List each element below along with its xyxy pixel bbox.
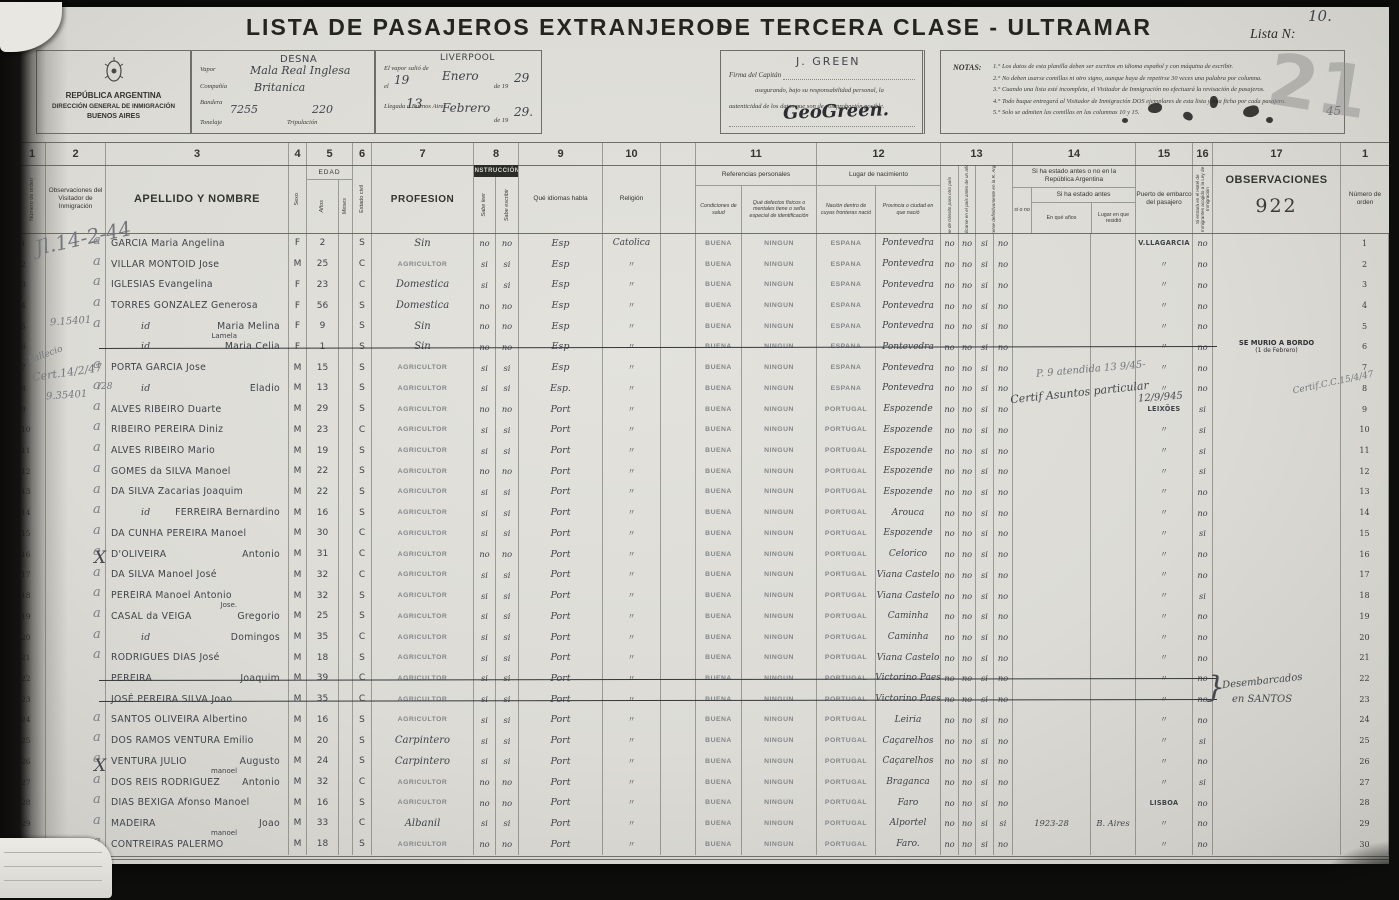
org-box: REPÚBLICA ARGENTINA DIRECCIÓN GENERAL DE… bbox=[36, 50, 191, 134]
hotel-flag: no bbox=[1193, 565, 1213, 586]
company-value: Mala Real Inglesa bbox=[250, 64, 350, 77]
blank bbox=[661, 751, 696, 772]
civil-state: S bbox=[353, 834, 372, 855]
order-edge: 29 bbox=[19, 813, 46, 834]
embark-port: 〃 bbox=[1136, 295, 1193, 316]
defects: NINGUN bbox=[742, 710, 817, 731]
order-edge: 4 bbox=[19, 295, 46, 316]
passenger-name: aMADEIRAJoao bbox=[106, 813, 289, 834]
health: BUENA bbox=[696, 440, 742, 461]
crew-value: 220 bbox=[312, 103, 333, 116]
age-years: 35 bbox=[307, 689, 339, 710]
departure-year-label: de 19 bbox=[494, 83, 508, 90]
been-place bbox=[1091, 751, 1136, 772]
order-number: 21 bbox=[1341, 647, 1389, 668]
blank bbox=[661, 233, 696, 254]
nation: PORTUGAL bbox=[817, 668, 876, 689]
civil-state: S bbox=[353, 647, 372, 668]
blank bbox=[661, 482, 696, 503]
settle-soon: no bbox=[959, 399, 976, 420]
captain-signature: GeoGreen. bbox=[783, 99, 890, 124]
header-civil: Estado civil bbox=[353, 165, 372, 233]
settle-soon: no bbox=[959, 295, 976, 316]
departure-month: Enero bbox=[442, 69, 479, 83]
civil-state: S bbox=[353, 461, 372, 482]
civil-state: S bbox=[353, 606, 372, 627]
order-edge: 8 bbox=[19, 378, 46, 399]
hotel-flag: si bbox=[1193, 419, 1213, 440]
civil-state: S bbox=[353, 316, 372, 337]
religion: 〃 bbox=[603, 337, 661, 358]
lista-number-value: 10. bbox=[1308, 7, 1332, 25]
observations bbox=[1213, 544, 1341, 565]
reads: si bbox=[474, 482, 496, 503]
religion: 〃 bbox=[603, 606, 661, 627]
health: BUENA bbox=[696, 274, 742, 295]
religion: 〃 bbox=[603, 399, 661, 420]
been-years bbox=[1013, 357, 1091, 378]
nation: PORTUGAL bbox=[817, 751, 876, 772]
religion: 〃 bbox=[603, 668, 661, 689]
been-years bbox=[1013, 461, 1091, 482]
header-order: Número de orden bbox=[1341, 165, 1389, 233]
been-place bbox=[1091, 544, 1136, 565]
departure-year: 29 bbox=[514, 71, 529, 85]
observations bbox=[1213, 585, 1341, 606]
health: BUENA bbox=[696, 419, 742, 440]
passenger-name: aVENTURA JULIOAugusto bbox=[106, 751, 289, 772]
settle-soon: no bbox=[959, 523, 976, 544]
blank bbox=[661, 274, 696, 295]
age-months bbox=[339, 254, 353, 275]
been-before: no bbox=[994, 482, 1013, 503]
transit: no bbox=[941, 689, 959, 710]
passenger-row: 24aSANTOS OLIVEIRA AlbertinoM16SAGRICULT… bbox=[19, 710, 1389, 731]
profession: AGRICULTOR bbox=[372, 585, 474, 606]
hotel-flag: si bbox=[1193, 730, 1213, 751]
nation: PORTUGAL bbox=[817, 502, 876, 523]
language: Port bbox=[519, 399, 603, 420]
been-place bbox=[1091, 730, 1136, 751]
civil-state: S bbox=[353, 730, 372, 751]
passenger-name: aRODRIGUES DIAS José bbox=[106, 647, 289, 668]
defects: NINGUN bbox=[742, 399, 817, 420]
been-before: no bbox=[994, 254, 1013, 275]
sex: M bbox=[289, 523, 307, 544]
departure-port: LIVERPOOL bbox=[440, 53, 495, 63]
observations bbox=[1213, 419, 1341, 440]
passenger-name: aGARCIA Maria Angelina bbox=[106, 233, 289, 254]
religion: 〃 bbox=[603, 647, 661, 668]
embark-port: 〃 bbox=[1136, 440, 1193, 461]
embark-port: 〃 bbox=[1136, 316, 1193, 337]
language: Port bbox=[519, 461, 603, 482]
religion: 〃 bbox=[603, 565, 661, 586]
transit: no bbox=[941, 378, 959, 399]
profession: AGRICULTOR bbox=[372, 523, 474, 544]
profession: AGRICULTOR bbox=[372, 544, 474, 565]
passenger-row: 4aTORRES GONZALEZ GenerosaF56SDomestican… bbox=[19, 295, 1389, 316]
writes: si bbox=[496, 606, 519, 627]
nation: PORTUGAL bbox=[817, 834, 876, 855]
been-years bbox=[1013, 710, 1091, 731]
blank bbox=[661, 647, 696, 668]
writes: si bbox=[496, 627, 519, 648]
transit: no bbox=[941, 523, 959, 544]
language: Esp bbox=[519, 274, 603, 295]
civil-state: S bbox=[353, 585, 372, 606]
observations bbox=[1213, 772, 1341, 793]
embark-port: 〃 bbox=[1136, 502, 1193, 523]
nation: PORTUGAL bbox=[817, 523, 876, 544]
health: BUENA bbox=[696, 606, 742, 627]
language: Esp bbox=[519, 357, 603, 378]
settle-soon: no bbox=[959, 751, 976, 772]
religion: 〃 bbox=[603, 523, 661, 544]
embark-port: 〃 bbox=[1136, 647, 1193, 668]
sex: M bbox=[289, 647, 307, 668]
nation: PORTUGAL bbox=[817, 792, 876, 813]
passenger-row: 23JOSÉ PEREIRA SILVA JoaoM35CAGRICULTORs… bbox=[19, 689, 1389, 710]
col-num: 5 bbox=[307, 143, 353, 165]
profession: AGRICULTOR bbox=[372, 606, 474, 627]
age-months bbox=[339, 378, 353, 399]
col-num: 1 bbox=[19, 143, 46, 165]
col-num: 13 bbox=[941, 143, 1013, 165]
been-place bbox=[1091, 233, 1136, 254]
passenger-name: aGOMES da SILVA Manoel bbox=[106, 461, 289, 482]
age-years: 13 bbox=[307, 378, 339, 399]
age-years: 31 bbox=[307, 544, 339, 565]
blank bbox=[661, 710, 696, 731]
age-months bbox=[339, 792, 353, 813]
rubric-mark: a bbox=[93, 772, 101, 787]
header-references: Referencias personales Condiciones de sa… bbox=[696, 165, 817, 233]
page-stamp-number: 21 bbox=[1262, 37, 1374, 136]
blank bbox=[661, 502, 696, 523]
order-edge: 15 bbox=[19, 523, 46, 544]
province: Pontevedra bbox=[876, 233, 941, 254]
order-number: 9 bbox=[1341, 399, 1389, 420]
religion: 〃 bbox=[603, 440, 661, 461]
blank bbox=[661, 772, 696, 793]
age-months bbox=[339, 834, 353, 855]
passenger-row: 3aIGLESIAS EvangelinaF23CDomesticasisiEs… bbox=[19, 274, 1389, 295]
health: BUENA bbox=[696, 461, 742, 482]
org-city: BUENOS AIRES bbox=[37, 113, 190, 120]
been-place bbox=[1091, 792, 1136, 813]
order-edge: 27 bbox=[19, 772, 46, 793]
religion: 〃 bbox=[603, 502, 661, 523]
rubric-mark: a bbox=[93, 502, 101, 517]
observations bbox=[1213, 710, 1341, 731]
rubric-mark: a bbox=[93, 710, 101, 725]
been-years bbox=[1013, 689, 1091, 710]
writes: no bbox=[496, 399, 519, 420]
embark-port: 〃 bbox=[1136, 627, 1193, 648]
blank bbox=[661, 606, 696, 627]
order-edge: 17 bbox=[19, 565, 46, 586]
defects: NINGUN bbox=[742, 730, 817, 751]
hotel-flag: no bbox=[1193, 502, 1213, 523]
age-years: 25 bbox=[307, 606, 339, 627]
writes: no bbox=[496, 295, 519, 316]
been-before: no bbox=[994, 295, 1013, 316]
writes: si bbox=[496, 730, 519, 751]
order-number: 29 bbox=[1341, 813, 1389, 834]
settle-perm: si bbox=[976, 606, 994, 627]
sex: M bbox=[289, 668, 307, 689]
province: Victorino Paes bbox=[876, 689, 941, 710]
passenger-name: aidDomingos bbox=[106, 627, 289, 648]
hotel-flag: si bbox=[1193, 440, 1213, 461]
reads: no bbox=[474, 544, 496, 565]
been-place bbox=[1091, 565, 1136, 586]
rubric-mark: a bbox=[93, 565, 101, 580]
profession: AGRICULTOR bbox=[372, 461, 474, 482]
been-place bbox=[1091, 399, 1136, 420]
writes: si bbox=[496, 751, 519, 772]
been-place bbox=[1091, 482, 1136, 503]
settle-perm: si bbox=[976, 792, 994, 813]
age-years: 1 bbox=[307, 337, 339, 358]
reads: si bbox=[474, 606, 496, 627]
captain-signature-label: Firma del Capitán bbox=[729, 71, 781, 79]
passenger-row: 22PEREIRAJoaquimM39CAGRICULTORsisiPort〃B… bbox=[19, 668, 1389, 689]
reads: si bbox=[474, 523, 496, 544]
writes: si bbox=[496, 523, 519, 544]
hotel-flag: no bbox=[1193, 813, 1213, 834]
nation: PORTUGAL bbox=[817, 689, 876, 710]
observations: SE MURIO A BORDO(1 de Febrero) bbox=[1213, 337, 1341, 358]
sex: F bbox=[289, 274, 307, 295]
observations bbox=[1213, 440, 1341, 461]
health: BUENA bbox=[696, 792, 742, 813]
header-observations: OBSERVACIONES 922 bbox=[1213, 165, 1341, 233]
embark-port: LEIXÕES bbox=[1136, 399, 1193, 420]
column-number-row: 1 2 3 4 5 6 7 8 9 10 11 12 13 14 15 16 1… bbox=[19, 143, 1389, 166]
name-superscript: Lamela bbox=[211, 332, 237, 340]
rubric-mark: a bbox=[93, 523, 101, 538]
health: BUENA bbox=[696, 730, 742, 751]
passenger-name: aPORTA GARCIA Jose bbox=[106, 357, 289, 378]
observations bbox=[1213, 627, 1341, 648]
been-before: no bbox=[994, 419, 1013, 440]
religion: 〃 bbox=[603, 254, 661, 275]
captain-box: J. GREEN Firma del Capitán asegurando, b… bbox=[720, 50, 925, 134]
order-edge: 13 bbox=[19, 482, 46, 503]
profession: AGRICULTOR bbox=[372, 482, 474, 503]
flag-label: Bandera bbox=[200, 99, 222, 106]
age-months bbox=[339, 274, 353, 295]
settle-soon: no bbox=[959, 482, 976, 503]
age-years: 32 bbox=[307, 772, 339, 793]
language: Port bbox=[519, 647, 603, 668]
defects: NINGUN bbox=[742, 233, 817, 254]
hotel-flag: no bbox=[1193, 544, 1213, 565]
transit: no bbox=[941, 710, 959, 731]
defects: NINGUN bbox=[742, 668, 817, 689]
language: Port bbox=[519, 730, 603, 751]
col-num: 7 bbox=[372, 143, 474, 165]
been-place bbox=[1091, 378, 1136, 399]
writes: no bbox=[496, 544, 519, 565]
been-place bbox=[1091, 585, 1136, 606]
order-number: 3 bbox=[1341, 274, 1389, 295]
passenger-name: PEREIRAJoaquim bbox=[106, 668, 289, 689]
writes: no bbox=[496, 834, 519, 855]
province: Caçarelhos bbox=[876, 730, 941, 751]
sex: M bbox=[289, 627, 307, 648]
religion: Catolica bbox=[603, 233, 661, 254]
header-sex: Sexo bbox=[289, 165, 307, 233]
order-edge: 16 bbox=[19, 544, 46, 565]
been-years bbox=[1013, 668, 1091, 689]
health: BUENA bbox=[696, 647, 742, 668]
header-religion: Religión bbox=[603, 165, 661, 233]
notas-label: NOTAS: bbox=[953, 63, 981, 72]
defects: NINGUN bbox=[742, 647, 817, 668]
rubric-mark: a bbox=[93, 606, 101, 621]
province: Braganca bbox=[876, 772, 941, 793]
age-months bbox=[339, 606, 353, 627]
passenger-name: aD'OLIVEIRAAntonio bbox=[106, 544, 289, 565]
defects: NINGUN bbox=[742, 295, 817, 316]
passenger-name: aidEladio bbox=[106, 378, 289, 399]
nation: ESPANA bbox=[817, 337, 876, 358]
age-months bbox=[339, 544, 353, 565]
nation: PORTUGAL bbox=[817, 440, 876, 461]
profession: Sin bbox=[372, 316, 474, 337]
hotel-flag: no bbox=[1193, 357, 1213, 378]
order-edge: 2 bbox=[19, 254, 46, 275]
been-place bbox=[1091, 647, 1136, 668]
civil-state: S bbox=[353, 337, 372, 358]
observations bbox=[1213, 730, 1341, 751]
blank bbox=[661, 523, 696, 544]
transit: no bbox=[941, 544, 959, 565]
settle-perm: si bbox=[976, 813, 994, 834]
settle-perm: si bbox=[976, 461, 994, 482]
civil-state: S bbox=[353, 295, 372, 316]
sex: M bbox=[289, 378, 307, 399]
blank bbox=[661, 627, 696, 648]
settle-soon: no bbox=[959, 813, 976, 834]
age-months bbox=[339, 668, 353, 689]
observations bbox=[1213, 316, 1341, 337]
defects: NINGUN bbox=[742, 316, 817, 337]
age-years: 9 bbox=[307, 316, 339, 337]
language: Port bbox=[519, 813, 603, 834]
embark-port: V.LLAGARCIA bbox=[1136, 233, 1193, 254]
embark-port: 〃 bbox=[1136, 689, 1193, 710]
transit: no bbox=[941, 233, 959, 254]
passenger-name: aJose.CASAL da VEIGAGregorio bbox=[106, 606, 289, 627]
order-edge: 21 bbox=[19, 647, 46, 668]
order-number: 7 bbox=[1341, 357, 1389, 378]
religion: 〃 bbox=[603, 730, 661, 751]
embark-port: 〃 bbox=[1136, 357, 1193, 378]
settle-soon: no bbox=[959, 233, 976, 254]
rubric-mark: a bbox=[93, 544, 101, 559]
order-edge: 18 bbox=[19, 585, 46, 606]
passenger-name: aDOS RAMOS VENTURA Emilio bbox=[106, 730, 289, 751]
nota-item: 1.° Los datos de esta planilla deben ser… bbox=[993, 61, 1286, 73]
settle-soon: no bbox=[959, 357, 976, 378]
language: Port bbox=[519, 502, 603, 523]
blank bbox=[661, 357, 696, 378]
order-number: 17 bbox=[1341, 565, 1389, 586]
profession: AGRICULTOR bbox=[372, 710, 474, 731]
rubric-mark: a bbox=[93, 378, 101, 393]
nation: PORTUGAL bbox=[817, 461, 876, 482]
been-before: si bbox=[994, 813, 1013, 834]
passenger-name: aSANTOS OLIVEIRA Albertino bbox=[106, 710, 289, 731]
transit: no bbox=[941, 419, 959, 440]
defects: NINGUN bbox=[742, 606, 817, 627]
reads: no bbox=[474, 772, 496, 793]
civil-state: S bbox=[353, 233, 372, 254]
passenger-row: 2aVILLAR MONTOID JoseM25CAGRICULTORsisiE… bbox=[19, 254, 1389, 275]
hotel-flag: no bbox=[1193, 792, 1213, 813]
language: Esp bbox=[519, 337, 603, 358]
hotel-flag: si bbox=[1193, 523, 1213, 544]
settle-perm: si bbox=[976, 502, 994, 523]
been-before: no bbox=[994, 544, 1013, 565]
table-body: 1aGARCIA Maria AngelinaF2SSinnonoEspCato… bbox=[19, 233, 1389, 855]
passenger-row: 1aGARCIA Maria AngelinaF2SSinnonoEspCato… bbox=[19, 233, 1389, 254]
civil-state: S bbox=[353, 792, 372, 813]
been-before: no bbox=[994, 627, 1013, 648]
reads: si bbox=[474, 647, 496, 668]
defects: NINGUN bbox=[742, 274, 817, 295]
age-months bbox=[339, 461, 353, 482]
nation: ESPANA bbox=[817, 378, 876, 399]
embark-port: 〃 bbox=[1136, 274, 1193, 295]
hotel-flag: no bbox=[1193, 482, 1213, 503]
hotel-flag: no bbox=[1193, 316, 1213, 337]
header-languages: Qué idiomas habla bbox=[519, 165, 603, 233]
order-number: 2 bbox=[1341, 254, 1389, 275]
defects: NINGUN bbox=[742, 337, 817, 358]
province: Espozende bbox=[876, 461, 941, 482]
sex: M bbox=[289, 813, 307, 834]
settle-perm: si bbox=[976, 357, 994, 378]
reads: no bbox=[474, 792, 496, 813]
transit: no bbox=[941, 357, 959, 378]
arrival-month: Febrero bbox=[442, 101, 490, 115]
settle-perm: si bbox=[976, 834, 994, 855]
been-years bbox=[1013, 565, 1091, 586]
observations bbox=[1213, 751, 1341, 772]
settle-perm: si bbox=[976, 295, 994, 316]
defects: NINGUN bbox=[742, 565, 817, 586]
age-years: 56 bbox=[307, 295, 339, 316]
captain-name: J. GREEN bbox=[796, 55, 861, 68]
embark-port: 〃 bbox=[1136, 565, 1193, 586]
captain-clause-1: asegurando, bajo su responsabilidad pers… bbox=[755, 87, 884, 94]
transit: no bbox=[941, 502, 959, 523]
order-edge: 1 bbox=[19, 233, 46, 254]
health: BUENA bbox=[696, 565, 742, 586]
visitador-note bbox=[46, 337, 106, 358]
sex: M bbox=[289, 357, 307, 378]
transit: no bbox=[941, 730, 959, 751]
language: Port bbox=[519, 606, 603, 627]
nation: PORTUGAL bbox=[817, 482, 876, 503]
writes: si bbox=[496, 710, 519, 731]
settle-soon: no bbox=[959, 606, 976, 627]
